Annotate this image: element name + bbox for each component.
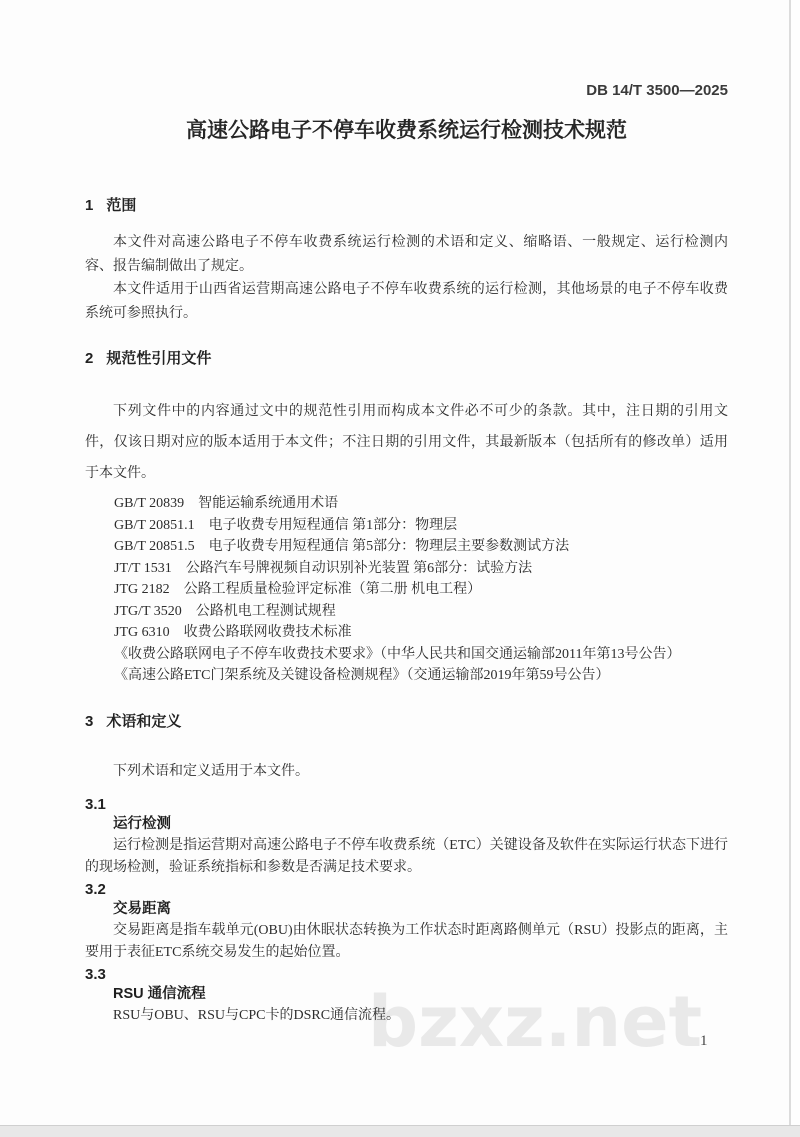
section-heading-scope: 1范围 xyxy=(85,197,728,215)
term-block: 3.1 运行检测 运行检测是指运营期对高速公路电子不停车收费系统（ETC）关键设… xyxy=(85,795,728,879)
term-definition: 运行检测是指运营期对高速公路电子不停车收费系统（ETC）关键设备及软件在实际运行… xyxy=(85,835,728,879)
document-title: 高速公路电子不停车收费系统运行检测技术规范 xyxy=(85,115,728,147)
standard-number: DB 14/T 3500—2025 xyxy=(85,83,728,99)
scope-paragraph: 本文件对高速公路电子不停车收费系统运行检测的术语和定义、缩略语、一般规定、运行检… xyxy=(85,231,728,278)
page-edge-line xyxy=(789,0,791,1137)
terms-intro-paragraph: 下列术语和定义适用于本文件。 xyxy=(85,761,728,783)
section-number: 3 xyxy=(85,713,93,731)
reference-item: JTG 6310 收费公路联网收费技术标准 xyxy=(114,622,728,644)
term-name: 交易距离 xyxy=(113,900,728,919)
term-number: 3.3 xyxy=(85,965,728,984)
term-block: 3.3 RSU 通信流程 RSU与OBU、RSU与CPC卡的DSRC通信流程。 xyxy=(85,965,728,1027)
scope-paragraph: 本文件适用于山西省运营期高速公路电子不停车收费系统的运行检测，其他场景的电子不停… xyxy=(85,278,728,325)
document-page: bzxz.net DB 14/T 3500—2025 高速公路电子不停车收费系统… xyxy=(0,0,800,1137)
section-number: 1 xyxy=(85,197,93,215)
reference-item: JTG/T 3520 公路机电工程测试规程 xyxy=(114,601,728,623)
reference-item: GB/T 20851.5 电子收费专用短程通信 第5部分：物理层主要参数测试方法 xyxy=(114,536,728,558)
page-content: DB 14/T 3500—2025 高速公路电子不停车收费系统运行检测技术规范 … xyxy=(85,0,728,1027)
term-block: 3.2 交易距离 交易距离是指车载单元(OBU)由休眠状态转换为工作状态时距离路… xyxy=(85,880,728,964)
section-heading-normative-references: 2规范性引用文件 xyxy=(85,350,728,368)
section-title: 规范性引用文件 xyxy=(106,350,211,367)
reference-item: GB/T 20851.1 电子收费专用短程通信 第1部分：物理层 xyxy=(114,515,728,537)
section-number: 2 xyxy=(85,350,93,368)
page-right-margin xyxy=(791,0,800,1137)
page-number: 1 xyxy=(700,1033,708,1050)
section-title: 范围 xyxy=(106,197,136,214)
term-name: 运行检测 xyxy=(113,815,728,834)
reference-item: 《收费公路联网电子不停车收费技术要求》（中华人民共和国交通运输部2011年第13… xyxy=(114,644,728,666)
section-title: 术语和定义 xyxy=(106,713,181,730)
reference-item: JT/T 1531 公路汽车号牌视频自动识别补光装置 第6部分：试验方法 xyxy=(114,558,728,580)
reference-item: GB/T 20839 智能运输系统通用术语 xyxy=(114,493,728,515)
term-definition: RSU与OBU、RSU与CPC卡的DSRC通信流程。 xyxy=(85,1005,728,1027)
term-name: RSU 通信流程 xyxy=(113,985,728,1004)
page-bottom-strip xyxy=(0,1125,800,1137)
term-definition: 交易距离是指车载单元(OBU)由休眠状态转换为工作状态时距离路侧单元（RSU）投… xyxy=(85,920,728,964)
reference-item: 《高速公路ETC门架系统及关键设备检测规程》（交通运输部2019年第59号公告） xyxy=(114,665,728,687)
term-number: 3.1 xyxy=(85,795,728,814)
reference-item: JTG 2182 公路工程质量检验评定标准（第二册 机电工程） xyxy=(114,579,728,601)
term-number: 3.2 xyxy=(85,880,728,899)
reference-list: GB/T 20839 智能运输系统通用术语 GB/T 20851.1 电子收费专… xyxy=(85,493,728,687)
references-intro-paragraph: 下列文件中的内容通过文中的规范性引用而构成本文件必不可少的条款。其中，注日期的引… xyxy=(85,396,728,489)
section-heading-terms-definitions: 3术语和定义 xyxy=(85,713,728,731)
